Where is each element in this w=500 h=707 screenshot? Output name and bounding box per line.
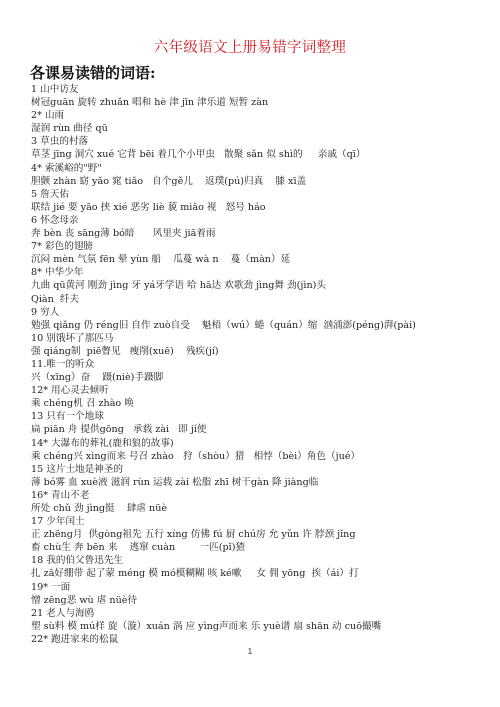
lesson-title: 8* 中华少年 (31, 266, 491, 279)
word-entry: 树冠guān 旋转 zhuǎn 唱和 hè 津 jīn 津乐道 短暂 zàn (31, 96, 491, 109)
word-entry: 扎 zā好绷带 起了蒙 méng 模 mó模糊糊 咳 ké嗽 女 佣 yōng … (31, 567, 491, 580)
word-entry: 强 qiáng制 piē瞥见 瘦削(xuē) 残疾(jí) (31, 345, 491, 358)
lesson-title: 14* 大瀑布的葬礼(鹿和狼的故事) (31, 437, 491, 450)
lesson-title: 22* 跑进家来的松鼠 (31, 633, 491, 646)
lesson-title: 21 老人与海鸥 (31, 607, 491, 620)
word-entry: 薄 bó雾 血 xuè液 滋润 rùn 运载 zài 松脂 zhī 树干gàn … (31, 476, 491, 489)
lesson-title: 10 别饿坏了那匹马 (31, 332, 491, 345)
word-list: 1 山中访友 树冠guān 旋转 zhuǎn 唱和 hè 津 jīn 津乐道 短… (31, 83, 491, 646)
lesson-title: 12* 用心灵去倾听 (31, 384, 491, 397)
word-entry: 湿润 rùn 曲径 qū (31, 122, 491, 135)
word-entry: 正 zhēng月 供gòng祖先 五行 xíng 仿佛 fú 厨 chú房 允 … (31, 528, 491, 541)
section-heading: 各课易读错的词语: (30, 62, 156, 83)
lesson-title: 13 只有一个地球 (31, 410, 491, 423)
lesson-title: 17 少年闰土 (31, 515, 491, 528)
lesson-title: 11.唯一的听众 (31, 358, 491, 371)
document-title: 六年级语文上册易错字词整理 (0, 36, 500, 57)
lesson-title: 1 山中访友 (31, 83, 491, 96)
word-entry: 扁 piān 舟 提供gōng 承载 zài 即 jí使 (31, 423, 491, 436)
word-entry: 乘 chéng机 召 zhào 唤 (31, 397, 491, 410)
word-entry: Qiàn 纤夫 (31, 293, 491, 306)
word-entry: 胆颤 zhàn 窈 yǎo 窕 tiǎo 自个gě儿 返璞(pú)归真 膝 xī… (31, 175, 491, 188)
lesson-title: 6 怀念母亲 (31, 214, 491, 227)
word-entry: 草茎 jīng 洞穴 xué 它背 bēi 着几个小甲虫 散聚 sǎn 似 sh… (31, 148, 491, 161)
lesson-title: 3 草虫的村落 (31, 135, 491, 148)
word-entry: 憎 zēng恶 wù 虐 nüè待 (31, 594, 491, 607)
lesson-title: 15 这片土地是神圣的 (31, 463, 491, 476)
lesson-title: 4* 索溪峪的"野" (31, 162, 491, 175)
lesson-title: 9 穷人 (31, 306, 491, 319)
word-entry: 畜 chù生 奔 bēn 来 逃窜 cuàn 一匹(pǐ)猹 (31, 541, 491, 554)
lesson-title: 7* 彩色的翅膀 (31, 240, 491, 253)
page-number: 1 (0, 647, 500, 656)
word-entry: 乘 chéng兴 xìng而来 号召 zhào 狩（shòu）猎 相悖（bèi）… (31, 450, 491, 463)
word-entry: 沉闷 mèn 气氛 fēn 晕 yùn 船 瓜蔓 wà n 蔓（màn）延 (31, 253, 491, 266)
lesson-title: 18 我的伯父鲁迅先生 (31, 554, 491, 567)
lesson-title: 2* 山雨 (31, 109, 491, 122)
word-entry: 塑 sù料 模 mú样 旋（漩）xuán 涡 应 yìng声而来 乐 yuè谱 … (31, 620, 491, 633)
word-entry: 兴（xīng）奋 蹑(niè)手蹑脚 (31, 371, 491, 384)
word-entry: 九曲 qū黄河 刚劲 jìng 牙 yá牙学语 哈 hā达 欢歌劲 jìng舞 … (31, 279, 491, 292)
lesson-title: 5 詹天佑 (31, 188, 491, 201)
word-entry: 勉强 qiǎng 仍 réng旧 自作 zuò自受 魁梧（wú）蜷（quán）缩… (31, 319, 491, 332)
word-entry: 奔 bèn 丧 sāng薄 bó暗 风里夹 jiā着雨 (31, 227, 491, 240)
lesson-title: 19* 一面 (31, 581, 491, 594)
lesson-title: 16* 青山不老 (31, 489, 491, 502)
word-entry: 联结 jié 要 yāo 挟 xié 恶劣 liè 藐 miǎo 视 怒号 há… (31, 201, 491, 214)
word-entry: 所处 chǔ 劲 jìng挺 肆虐 nüè (31, 502, 491, 515)
